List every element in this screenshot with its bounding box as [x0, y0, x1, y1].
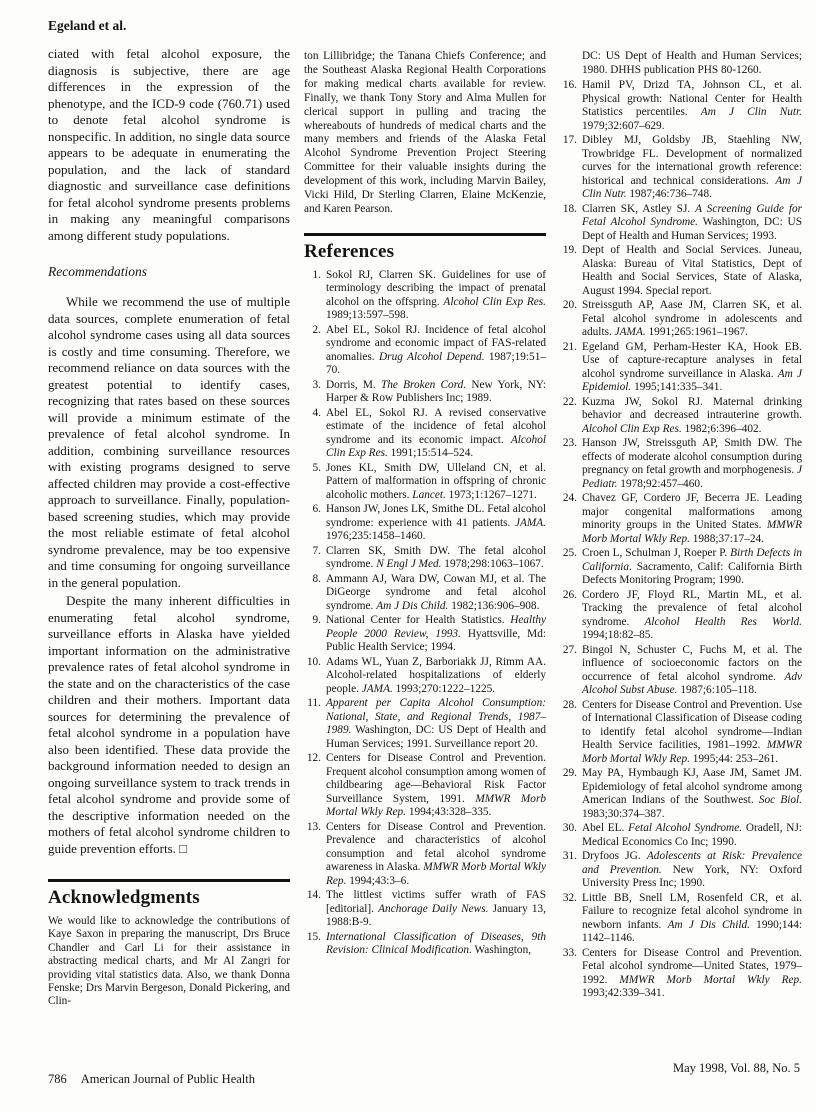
running-head: Egeland et al.	[48, 18, 126, 34]
reference-text: Dibley MJ, Goldsby JB, Staehling NW, Tro…	[582, 134, 802, 202]
reference-item: 29.May PA, Hymbaugh KJ, Aase JM, Samet J…	[560, 767, 802, 821]
reference-text: Dryfoos JG. Adolescents at Risk: Prevale…	[582, 850, 802, 891]
reference-item: 11.Apparent per Capita Alcohol Consumpti…	[304, 697, 546, 751]
reference-number: 22.	[560, 396, 582, 437]
reference-item: 17.Dibley MJ, Goldsby JB, Staehling NW, …	[560, 134, 802, 202]
reference-item: 10.Adams WL, Yuan Z, Barboriakk JJ, Rimm…	[304, 656, 546, 697]
reference-number: 16.	[560, 79, 582, 133]
reference-item: 26.Cordero JF, Floyd RL, Martin ML, et a…	[560, 589, 802, 643]
reference-number: 23.	[560, 437, 582, 491]
reference-number: 1.	[304, 269, 326, 323]
reference-text: Centers for Disease Control and Preventi…	[582, 699, 802, 767]
reference-number: 2.	[304, 324, 326, 378]
reference-text: Chavez GF, Cordero JF, Becerra JE. Leadi…	[582, 492, 802, 546]
reference-item: 1.Sokol RJ, Clarren SK. Guidelines for u…	[304, 269, 546, 323]
body-paragraph: While we recommend the use of multiple d…	[48, 294, 290, 591]
reference-text: International Classification of Diseases…	[326, 931, 546, 958]
reference-item: 32.Little BB, Snell LM, Rosenfeld CR, et…	[560, 892, 802, 946]
section-rule	[48, 879, 290, 882]
footer-left: 786American Journal of Public Health	[48, 1072, 255, 1087]
reference-number: 17.	[560, 134, 582, 202]
reference-number: 7.	[304, 545, 326, 572]
reference-item: 22.Kuzma JW, Sokol RJ. Maternal drinking…	[560, 396, 802, 437]
reference-number: 8.	[304, 573, 326, 614]
reference-text: Sokol RJ, Clarren SK. Guidelines for use…	[326, 269, 546, 323]
reference-item: 24.Chavez GF, Cordero JF, Becerra JE. Le…	[560, 492, 802, 546]
reference-text: Streissguth AP, Aase JM, Clarren SK, et …	[582, 299, 802, 340]
reference-item: 12.Centers for Disease Control and Preve…	[304, 752, 546, 820]
reference-item: 6.Hanson JW, Jones LK, Smithe DL. Fetal …	[304, 503, 546, 544]
reference-number: 6.	[304, 503, 326, 544]
reference-item: 19.Dept of Health and Social Services. J…	[560, 244, 802, 298]
references-list-col3: 16.Hamil PV, Drizd TA, Johnson CL, et al…	[560, 79, 802, 1001]
reference-text: May PA, Hymbaugh KJ, Aase JM, Samet JM. …	[582, 767, 802, 821]
acknowledgments-heading: Acknowledgments	[48, 887, 290, 909]
reference-text: Abel EL, Sokol RJ. Incidence of fetal al…	[326, 324, 546, 378]
reference-item: 14.The littlest victims suffer wrath of …	[304, 889, 546, 930]
reference-number: 31.	[560, 850, 582, 891]
reference-number: 19.	[560, 244, 582, 298]
reference-text: Dorris, M. The Broken Cord. New York, NY…	[326, 379, 546, 406]
references-list-col2: 1.Sokol RJ, Clarren SK. Guidelines for u…	[304, 269, 546, 958]
reference-text: Centers for Disease Control and Preventi…	[326, 821, 546, 889]
column-2: ton Lillibridge; the Tanana Chiefs Confe…	[304, 46, 546, 1009]
reference-item: 25.Croen L, Schulman J, Roeper P. Birth …	[560, 547, 802, 588]
reference-text: Hanson JW, Jones LK, Smithe DL. Fetal al…	[326, 503, 546, 544]
reference-text: Dept of Health and Social Services. June…	[582, 244, 802, 298]
reference-item: 8.Ammann AJ, Wara DW, Cowan MJ, et al. T…	[304, 573, 546, 614]
reference-text: Ammann AJ, Wara DW, Cowan MJ, et al. The…	[326, 573, 546, 614]
reference-item: 15.International Classification of Disea…	[304, 931, 546, 958]
reference-number: 21.	[560, 341, 582, 395]
reference-item: 16.Hamil PV, Drizd TA, Johnson CL, et al…	[560, 79, 802, 133]
article-columns: ciated with fetal alcohol exposure, the …	[48, 46, 802, 1009]
reference-text: Bingol N, Schuster C, Fuchs M, et al. Th…	[582, 644, 802, 698]
reference-number: 29.	[560, 767, 582, 821]
reference-number: 10.	[304, 656, 326, 697]
reference-number: 12.	[304, 752, 326, 820]
page-number: 786	[48, 1072, 67, 1086]
reference-text: Little BB, Snell LM, Rosenfeld CR, et al…	[582, 892, 802, 946]
reference-number: 11.	[304, 697, 326, 751]
reference-text: Adams WL, Yuan Z, Barboriakk JJ, Rimm AA…	[326, 656, 546, 697]
reference-item: 31.Dryfoos JG. Adolescents at Risk: Prev…	[560, 850, 802, 891]
reference-item: 20.Streissguth AP, Aase JM, Clarren SK, …	[560, 299, 802, 340]
acknowledgments-text: We would like to acknowledge the contrib…	[48, 915, 290, 1009]
body-paragraph: ciated with fetal alcohol exposure, the …	[48, 46, 290, 244]
reference-item: 4.Abel EL, Sokol RJ. A revised conservat…	[304, 407, 546, 461]
column-3: DC: US Dept of Health and Human Services…	[560, 46, 802, 1009]
reference-item: 27.Bingol N, Schuster C, Fuchs M, et al.…	[560, 644, 802, 698]
reference-item: 30.Abel EL. Fetal Alcohol Syndrome. Orad…	[560, 822, 802, 849]
column-1: ciated with fetal alcohol exposure, the …	[48, 46, 290, 1009]
reference-text: Hanson JW, Streissguth AP, Smith DW. The…	[582, 437, 802, 491]
reference-text: Abel EL. Fetal Alcohol Syndrome. Oradell…	[582, 822, 802, 849]
reference-text: Clarren SK, Smith DW. The fetal alcohol …	[326, 545, 546, 572]
reference-text: Egeland GM, Perham-Hester KA, Hook EB. U…	[582, 341, 802, 395]
acknowledgments-section: Acknowledgments We would like to acknowl…	[48, 879, 290, 1009]
reference-number: 14.	[304, 889, 326, 930]
reference-text: Croen L, Schulman J, Roeper P. Birth Def…	[582, 547, 802, 588]
reference-number: 3.	[304, 379, 326, 406]
reference-item: 23.Hanson JW, Streissguth AP, Smith DW. …	[560, 437, 802, 491]
reference-item: 21.Egeland GM, Perham-Hester KA, Hook EB…	[560, 341, 802, 395]
footer-issue-info: May 1998, Vol. 88, No. 5	[673, 1061, 800, 1076]
reference-continuation: DC: US Dept of Health and Human Services…	[560, 50, 802, 77]
section-rule	[304, 233, 546, 236]
reference-item: 2.Abel EL, Sokol RJ. Incidence of fetal …	[304, 324, 546, 378]
reference-text: Cordero JF, Floyd RL, Martin ML, et al. …	[582, 589, 802, 643]
reference-number: 26.	[560, 589, 582, 643]
reference-number: 5.	[304, 462, 326, 503]
reference-number: 32.	[560, 892, 582, 946]
reference-text: Centers for Disease Control and Preventi…	[326, 752, 546, 820]
reference-number: 13.	[304, 821, 326, 889]
reference-number: 27.	[560, 644, 582, 698]
reference-text: National Center for Health Statistics. H…	[326, 614, 546, 655]
reference-number: 24.	[560, 492, 582, 546]
reference-text: Kuzma JW, Sokol RJ. Maternal drinking be…	[582, 396, 802, 437]
reference-text: Apparent per Capita Alcohol Consumption:…	[326, 697, 546, 751]
reference-text: Clarren SK, Astley SJ. A Screening Guide…	[582, 203, 802, 244]
reference-item: 18.Clarren SK, Astley SJ. A Screening Gu…	[560, 203, 802, 244]
reference-text: Hamil PV, Drizd TA, Johnson CL, et al. P…	[582, 79, 802, 133]
reference-number: 15.	[304, 931, 326, 958]
reference-item: 33.Centers for Disease Control and Preve…	[560, 947, 802, 1001]
reference-item: 13.Centers for Disease Control and Preve…	[304, 821, 546, 889]
reference-item: 28.Centers for Disease Control and Preve…	[560, 699, 802, 767]
journal-page: Egeland et al. ciated with fetal alcohol…	[0, 0, 816, 1113]
recommendations-heading: Recommendations	[48, 264, 290, 280]
reference-number: 18.	[560, 203, 582, 244]
reference-number: 4.	[304, 407, 326, 461]
reference-item: 9.National Center for Health Statistics.…	[304, 614, 546, 655]
reference-number: 9.	[304, 614, 326, 655]
reference-text: Centers for Disease Control and Preventi…	[582, 947, 802, 1001]
reference-item: 7.Clarren SK, Smith DW. The fetal alcoho…	[304, 545, 546, 572]
reference-item: 3.Dorris, M. The Broken Cord. New York, …	[304, 379, 546, 406]
references-heading: References	[304, 241, 546, 263]
reference-text: The littlest victims suffer wrath of FAS…	[326, 889, 546, 930]
reference-number: 30.	[560, 822, 582, 849]
reference-number: 28.	[560, 699, 582, 767]
reference-number: 20.	[560, 299, 582, 340]
reference-text: Abel EL, Sokol RJ. A revised conservativ…	[326, 407, 546, 461]
body-paragraph: Despite the many inherent difficulties i…	[48, 593, 290, 857]
reference-number: 25.	[560, 547, 582, 588]
journal-name: American Journal of Public Health	[81, 1072, 255, 1086]
reference-item: 5.Jones KL, Smith DW, Ulleland CN, et al…	[304, 462, 546, 503]
reference-text: Jones KL, Smith DW, Ulleland CN, et al. …	[326, 462, 546, 503]
acknowledgments-continuation: ton Lillibridge; the Tanana Chiefs Confe…	[304, 50, 546, 217]
reference-number: 33.	[560, 947, 582, 1001]
